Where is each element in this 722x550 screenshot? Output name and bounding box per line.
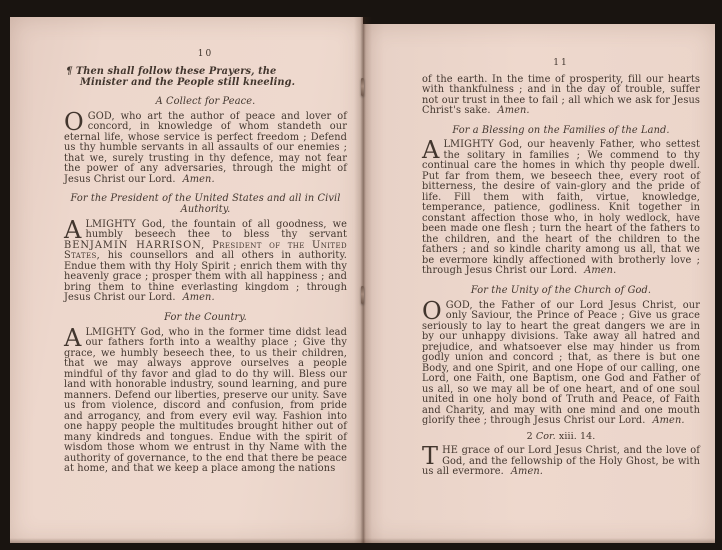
rubric: ¶ Then shall follow these Prayers, the M… bbox=[66, 66, 321, 88]
stitch-thread-bottom bbox=[361, 286, 364, 304]
prayer-collect-for-peace: OGOD, who art the author of peace and lo… bbox=[64, 112, 347, 186]
stitch-thread-top bbox=[361, 78, 364, 96]
prayer-text: LMIGHTY God, our heavenly Father, who se… bbox=[422, 139, 700, 276]
drop-cap-o: O bbox=[64, 112, 88, 132]
drop-cap-a: A bbox=[422, 140, 443, 160]
book-photo: { "colors": {"backdrop": "#191410", "pag… bbox=[0, 0, 722, 550]
heading-for-the-president: For the President of the United States a… bbox=[64, 194, 347, 216]
left-page-content: 10 ¶ Then shall follow these Prayers, th… bbox=[64, 49, 347, 475]
rubric-text: Then shall follow these Prayers, the Min… bbox=[76, 66, 295, 88]
amen-label: Amen. bbox=[498, 105, 530, 116]
prayer-for-the-president: ALMIGHTY God, the fountain of all goodne… bbox=[64, 220, 347, 304]
page-number-11: 11 bbox=[422, 58, 700, 69]
amen-label: Amen. bbox=[652, 415, 684, 426]
president-name: BENJAMIN HARRISON, bbox=[64, 240, 205, 251]
heading-families-blessing: For a Blessing on the Families of the La… bbox=[422, 126, 700, 137]
citation-reference: xiii. 14. bbox=[559, 431, 596, 442]
prayer-text: HE grace of our Lord Jesus Christ, and t… bbox=[422, 445, 700, 477]
citation-book: Cor. bbox=[536, 431, 556, 442]
prayer-text: GOD, the Father of our Lord Jesus Christ… bbox=[422, 300, 700, 427]
amen-label: Amen. bbox=[183, 174, 215, 185]
drop-cap-a: A bbox=[64, 220, 85, 240]
prayer-text: LMIGHTY God, the fountain of all goodnes… bbox=[85, 219, 347, 241]
prayer-for-the-country: ALMIGHTY God, who in the former time did… bbox=[64, 328, 347, 475]
heading-church-unity: For the Unity of the Church of God. bbox=[422, 286, 700, 297]
prayer-for-families: ALMIGHTY God, our heavenly Father, who s… bbox=[422, 140, 700, 277]
amen-label: Amen. bbox=[183, 292, 215, 303]
right-page: 11 of the earth. In the time of prosperi… bbox=[363, 24, 715, 543]
heading-for-the-country: For the Country. bbox=[64, 313, 347, 324]
paragraph-text: of the earth. In the time of prosperity,… bbox=[422, 74, 700, 117]
scripture-citation: 2 Cor. xiii. 14. bbox=[422, 432, 700, 443]
heading-collect-for-peace: A Collect for Peace. bbox=[64, 97, 347, 108]
left-page: 10 ¶ Then shall follow these Prayers, th… bbox=[10, 17, 363, 543]
amen-label: Amen. bbox=[511, 466, 543, 477]
page-number-10: 10 bbox=[64, 49, 347, 60]
drop-cap-a: A bbox=[64, 328, 85, 348]
prayer-the-grace: THE grace of our Lord Jesus Christ, and … bbox=[422, 446, 700, 478]
drop-cap-t: T bbox=[422, 446, 442, 466]
amen-label: Amen. bbox=[584, 265, 616, 276]
citation-number: 2 bbox=[527, 431, 533, 442]
prayer-for-unity: OGOD, the Father of our Lord Jesus Chris… bbox=[422, 301, 700, 427]
right-page-content: 11 of the earth. In the time of prosperi… bbox=[422, 58, 700, 478]
paragraph-continuation: of the earth. In the time of prosperity,… bbox=[422, 75, 700, 117]
prayer-text: LMIGHTY God, who in the former time dids… bbox=[64, 327, 347, 475]
drop-cap-o: O bbox=[422, 301, 446, 321]
pilcrow-icon: ¶ bbox=[66, 66, 72, 77]
